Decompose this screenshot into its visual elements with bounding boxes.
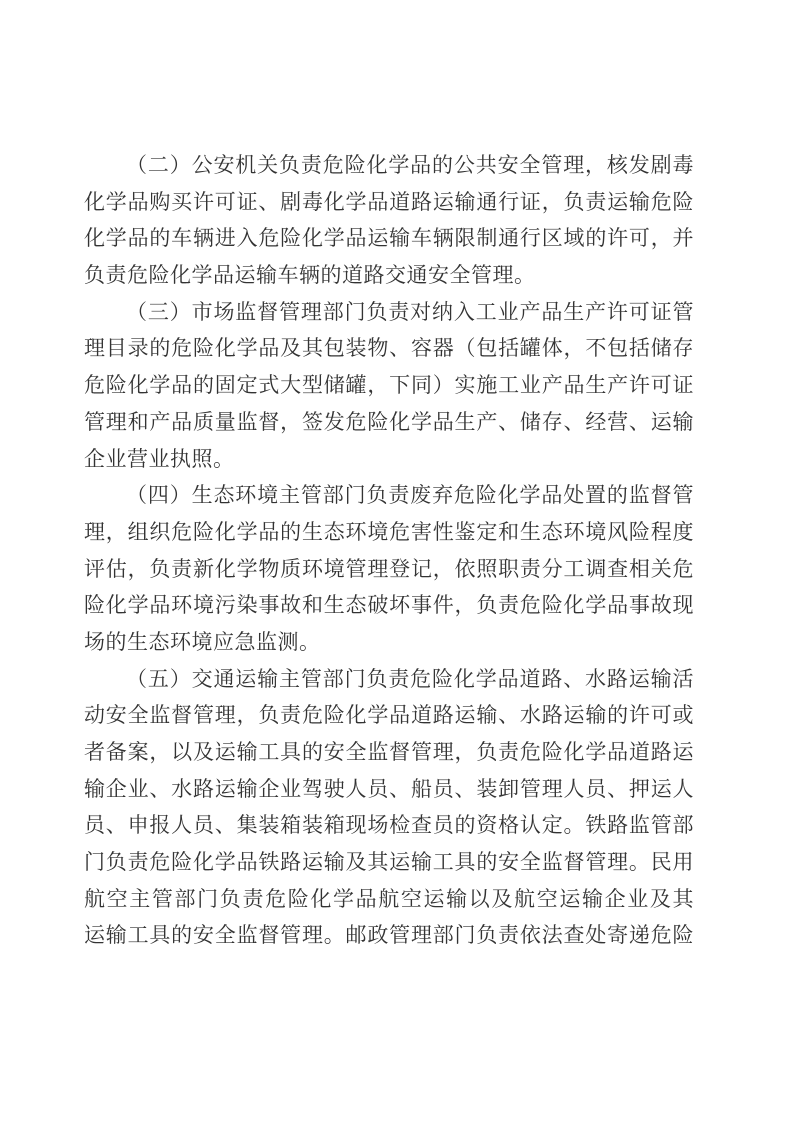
text-line: （四）生态环境主管部门负责废弃危险化学品处置的监督管	[84, 477, 694, 514]
text-line: 运输工具的安全监督管理。邮政管理部门负责依法查处寄递危险	[84, 917, 694, 954]
text-line: 员、申报人员、集装箱装箱现场检查员的资格认定。铁路监管部	[84, 807, 694, 844]
text-line: 场的生态环境应急监测。	[84, 624, 694, 661]
text-line: 危险化学品的固定式大型储罐，下同）实施工业产品生产许可证	[84, 367, 694, 404]
text-line: 管理和产品质量监督，签发危险化学品生产、储存、经营、运输	[84, 404, 694, 441]
text-line: 门负责危险化学品铁路运输及其运输工具的安全监督管理。民用	[84, 844, 694, 881]
text-line: 者备案，以及运输工具的安全监督管理，负责危险化学品道路运	[84, 734, 694, 771]
text-line: 理目录的危险化学品及其包装物、容器（包括罐体，不包括储存	[84, 330, 694, 367]
text-line: 险化学品环境污染事故和生态破坏事件，负责危险化学品事故现	[84, 587, 694, 624]
document-page: （二）公安机关负责危险化学品的公共安全管理，核发剧毒化学品购买许可证、剧毒化学品…	[0, 0, 793, 1122]
text-line: （三）市场监督管理部门负责对纳入工业产品生产许可证管	[84, 294, 694, 331]
text-line: 企业营业执照。	[84, 441, 694, 478]
text-line: （五）交通运输主管部门负责危险化学品道路、水路运输活	[84, 661, 694, 698]
text-line: 输企业、水路运输企业驾驶人员、船员、装卸管理人员、押运人	[84, 771, 694, 808]
text-line: 航空主管部门负责危险化学品航空运输以及航空运输企业及其	[84, 881, 694, 918]
text-line: 理，组织危险化学品的生态环境危害性鉴定和生态环境风险程度	[84, 514, 694, 551]
text-line: 动安全监督管理，负责危险化学品道路运输、水路运输的许可或	[84, 697, 694, 734]
text-line: 负责危险化学品运输车辆的道路交通安全管理。	[84, 257, 694, 294]
text-line: 化学品的车辆进入危险化学品运输车辆限制通行区域的许可，并	[84, 220, 694, 257]
text-line: （二）公安机关负责危险化学品的公共安全管理，核发剧毒	[84, 147, 694, 184]
document-text: （二）公安机关负责危险化学品的公共安全管理，核发剧毒化学品购买许可证、剧毒化学品…	[84, 147, 694, 954]
text-line: 化学品购买许可证、剧毒化学品道路运输通行证，负责运输危险	[84, 184, 694, 221]
text-line: 评估，负责新化学物质环境管理登记，依照职责分工调查相关危	[84, 551, 694, 588]
